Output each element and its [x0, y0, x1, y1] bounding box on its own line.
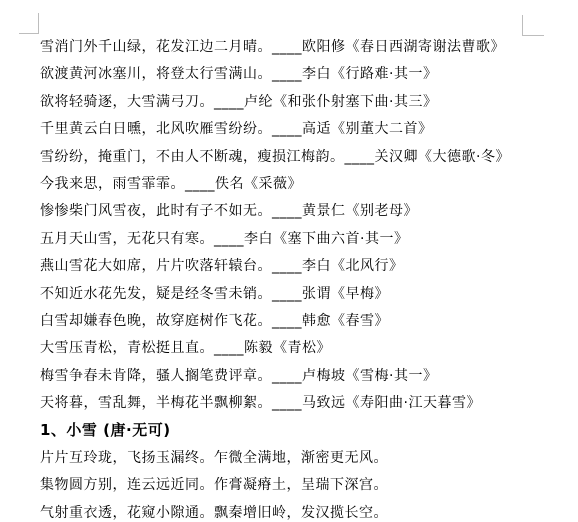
document-page[interactable]: 雪消门外千山绿，花发江边二月晴。____欧阳修《春日西湖寄谢法曹歌》 欲渡黄河冰… [0, 0, 578, 522]
document-body: 雪消门外千山绿，花发江边二月晴。____欧阳修《春日西湖寄谢法曹歌》 欲渡黄河冰… [40, 34, 578, 522]
poem-quote-line[interactable]: 大雪压青松，青松挺且直。____陈毅《青松》 [40, 335, 578, 362]
margin-corner-mark-top-left [19, 13, 39, 34]
poem-quote-line[interactable]: 欲将轻骑逐，大雪满弓刀。____卢纶《和张仆射塞下曲·其三》 [40, 89, 578, 116]
poem-quote-line[interactable]: 五月天山雪，无花只有寒。____李白《塞下曲六首·其一》 [40, 226, 578, 253]
poem-quote-line[interactable]: 惨惨柴门风雪夜，此时有子不如无。____黄景仁《别老母》 [40, 198, 578, 225]
poem-verse-line[interactable]: 集物圆方别，连云远近同。作膏凝瘠土，呈瑞下深宫。 [40, 472, 578, 499]
section-heading[interactable]: 1、小雪 (唐·无可) [40, 417, 578, 444]
poem-quote-line[interactable]: 不知近水花先发，疑是经冬雪未销。____张谓《早梅》 [40, 281, 578, 308]
poem-quote-line[interactable]: 今我来思，雨雪霏霏。____佚名《采薇》 [40, 171, 578, 198]
poem-quote-line[interactable]: 欲渡黄河冰塞川，将登太行雪满山。____李白《行路难·其一》 [40, 61, 578, 88]
poem-quote-line[interactable]: 白雪却嫌春色晚，故穿庭树作飞花。____韩愈《春雪》 [40, 308, 578, 335]
poem-quote-line[interactable]: 雪消门外千山绿，花发江边二月晴。____欧阳修《春日西湖寄谢法曹歌》 [40, 34, 578, 61]
poem-quote-line[interactable]: 天将暮，雪乱舞，半梅花半飘柳絮。____马致远《寿阳曲·江天暮雪》 [40, 390, 578, 417]
poem-quote-line[interactable]: 千里黄云白日曛，北风吹雁雪纷纷。____高适《别董大二首》 [40, 116, 578, 143]
poem-verse-line[interactable]: 片片互玲珑，飞扬玉漏终。乍微全满地，渐密更无风。 [40, 445, 578, 472]
poem-quote-line[interactable]: 雪纷纷，掩重门，不由人不断魂，瘦损江梅韵。____关汉卿《大德歌·冬》 [40, 144, 578, 171]
poem-quote-line[interactable]: 梅雪争春未肯降，骚人搁笔费评章。____卢梅坡《雪梅·其一》 [40, 363, 578, 390]
poem-verse-line[interactable]: 气射重衣透，花窥小隙通。飘秦增旧岭，发汉揽长空。 [40, 500, 578, 522]
poem-quote-line[interactable]: 燕山雪花大如席，片片吹落轩辕台。____李白《北风行》 [40, 253, 578, 280]
margin-corner-mark-top-right [522, 15, 544, 36]
